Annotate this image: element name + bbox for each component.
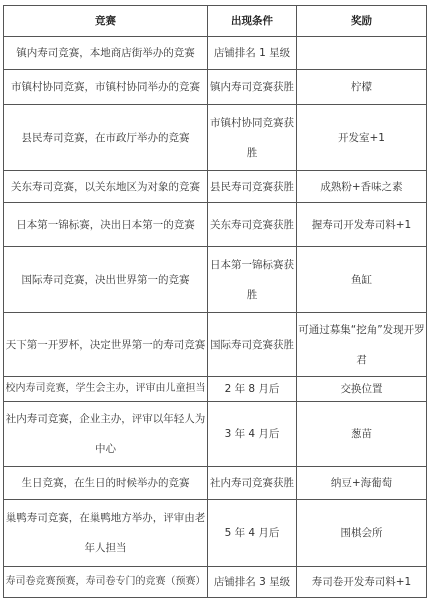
cell-reward: 围棋会所 <box>297 500 427 567</box>
cell-reward: 可通过募集“挖角”发现开罗君 <box>297 313 427 377</box>
table-row: 寿司卷竞赛预赛，寿司卷专门的竞赛（预赛） 店铺排名 3 星级 寿司卷开发寿司料+… <box>4 567 427 598</box>
cell-reward: 葱苗 <box>297 402 427 467</box>
cell-contest: 校内寿司竞赛，学生会主办，评审由儿童担当 <box>4 377 208 402</box>
table-row: 校内寿司竞赛，学生会主办，评审由儿童担当 2 年 8 月后 交换位置 <box>4 377 427 402</box>
header-contest: 竞赛 <box>4 6 208 37</box>
cell-condition: 镇内寿司竞赛获胜 <box>208 70 297 105</box>
cell-condition: 县民寿司竞赛获胜 <box>208 171 297 203</box>
cell-reward: 握寿司开发寿司料+1 <box>297 203 427 247</box>
header-reward: 奖励 <box>297 6 427 37</box>
cell-reward: 鱼缸 <box>297 247 427 313</box>
cell-condition: 店铺排名 1 星级 <box>208 37 297 70</box>
cell-condition: 国际寿司竞赛获胜 <box>208 313 297 377</box>
table-row: 国际寿司竞赛，决出世界第一的竞赛 日本第一锦标赛获胜 鱼缸 <box>4 247 427 313</box>
cell-condition: 店铺排名 3 星级 <box>208 567 297 598</box>
cell-reward: 交换位置 <box>297 377 427 402</box>
cell-contest: 市镇村协同竞赛，市镇村协同举办的竞赛 <box>4 70 208 105</box>
table-row: 市镇村协同竞赛，市镇村协同举办的竞赛 镇内寿司竞赛获胜 柠檬 <box>4 70 427 105</box>
table-row: 社内寿司竞赛，企业主办，评审以年轻人为中心 3 年 4 月后 葱苗 <box>4 402 427 467</box>
cell-condition: 5 年 4 月后 <box>208 500 297 567</box>
cell-contest: 县民寿司竞赛，在市政厅举办的竞赛 <box>4 105 208 171</box>
table-row: 关东寿司竞赛，以关东地区为对象的竞赛 县民寿司竞赛获胜 成熟粉+香味之素 <box>4 171 427 203</box>
cell-reward: 柠檬 <box>297 70 427 105</box>
cell-contest: 巢鸭寿司竞赛，在巢鸭地方举办，评审由老年人担当 <box>4 500 208 567</box>
contest-table: 竞赛 出现条件 奖励 镇内寿司竞赛，本地商店街举办的竞赛 店铺排名 1 星级 市… <box>3 5 427 598</box>
table-row: 日本第一锦标赛，决出日本第一的竞赛 关东寿司竞赛获胜 握寿司开发寿司料+1 <box>4 203 427 247</box>
cell-contest: 镇内寿司竞赛，本地商店街举办的竞赛 <box>4 37 208 70</box>
cell-reward: 成熟粉+香味之素 <box>297 171 427 203</box>
cell-condition: 关东寿司竞赛获胜 <box>208 203 297 247</box>
cell-condition: 市镇村协同竞赛获胜 <box>208 105 297 171</box>
table-row: 天下第一开罗杯，决定世界第一的寿司竞赛 国际寿司竞赛获胜 可通过募集“挖角”发现… <box>4 313 427 377</box>
header-condition: 出现条件 <box>208 6 297 37</box>
cell-condition: 社内寿司竞赛获胜 <box>208 467 297 500</box>
cell-contest: 关东寿司竞赛，以关东地区为对象的竞赛 <box>4 171 208 203</box>
cell-reward: 开发室+1 <box>297 105 427 171</box>
cell-contest: 日本第一锦标赛，决出日本第一的竞赛 <box>4 203 208 247</box>
cell-condition: 日本第一锦标赛获胜 <box>208 247 297 313</box>
header-row: 竞赛 出现条件 奖励 <box>4 6 427 37</box>
cell-condition: 2 年 8 月后 <box>208 377 297 402</box>
cell-contest: 生日竞赛，在生日的时候举办的竞赛 <box>4 467 208 500</box>
table-row: 巢鸭寿司竞赛，在巢鸭地方举办，评审由老年人担当 5 年 4 月后 围棋会所 <box>4 500 427 567</box>
table-row: 生日竞赛，在生日的时候举办的竞赛 社内寿司竞赛获胜 纳豆+海葡萄 <box>4 467 427 500</box>
cell-contest: 社内寿司竞赛，企业主办，评审以年轻人为中心 <box>4 402 208 467</box>
cell-contest: 天下第一开罗杯，决定世界第一的寿司竞赛 <box>4 313 208 377</box>
cell-contest: 寿司卷竞赛预赛，寿司卷专门的竞赛（预赛） <box>4 567 208 598</box>
cell-condition: 3 年 4 月后 <box>208 402 297 467</box>
table-row: 县民寿司竞赛，在市政厅举办的竞赛 市镇村协同竞赛获胜 开发室+1 <box>4 105 427 171</box>
cell-contest: 国际寿司竞赛，决出世界第一的竞赛 <box>4 247 208 313</box>
cell-reward <box>297 37 427 70</box>
table-row: 镇内寿司竞赛，本地商店街举办的竞赛 店铺排名 1 星级 <box>4 37 427 70</box>
cell-reward: 寿司卷开发寿司料+1 <box>297 567 427 598</box>
cell-reward: 纳豆+海葡萄 <box>297 467 427 500</box>
